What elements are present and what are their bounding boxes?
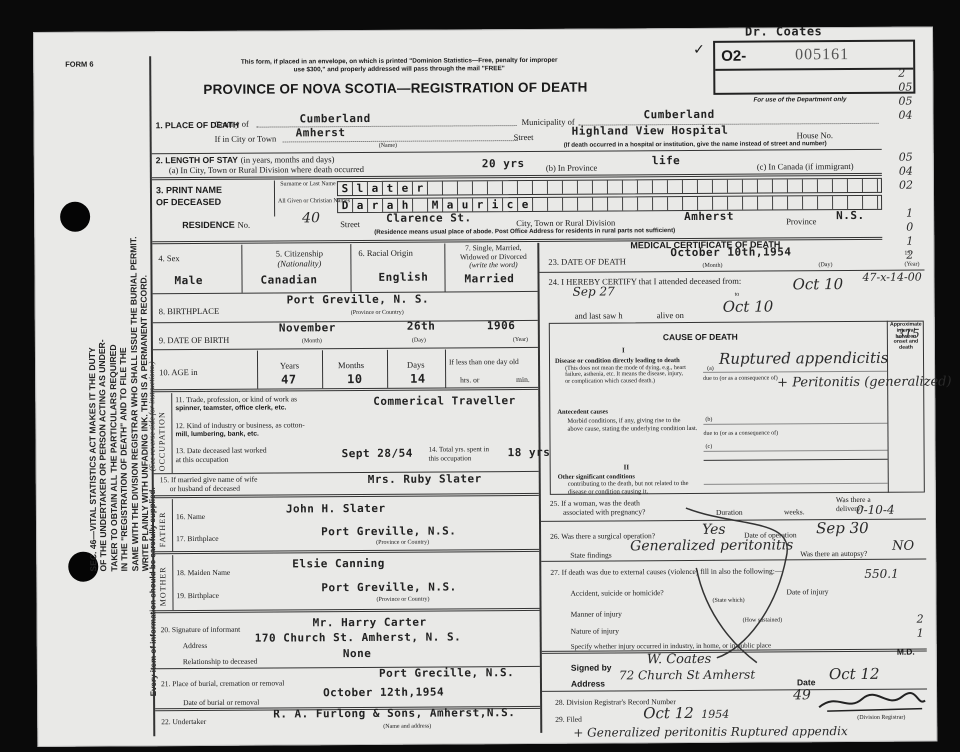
cause-a-extra: + Peritonitis (generalized) xyxy=(777,374,951,390)
trade-value: Commerical Traveller xyxy=(373,394,516,408)
name-char-box: c xyxy=(503,198,518,211)
birthplace-note: (Province or Country) xyxy=(351,310,404,316)
registrar-signature-icon xyxy=(817,687,927,718)
citizenship-sub: (Nationality) xyxy=(254,258,344,269)
name-char-box: a xyxy=(368,182,383,195)
registration-number: 005161 xyxy=(795,46,849,64)
divider xyxy=(322,350,323,388)
father-name-value: John H. Slater xyxy=(286,502,386,516)
surname-boxes: Slater xyxy=(337,178,882,196)
death-registration-form: FORM 6 SEC. 46—VITAL STATISTICS ACT MAKE… xyxy=(33,27,937,747)
months-label: Months xyxy=(338,360,364,370)
physician-address-label: Address xyxy=(571,679,605,689)
name-char-box xyxy=(548,198,563,211)
total-years-label-line: this occupation xyxy=(429,454,489,463)
name-char-box: i xyxy=(488,198,503,211)
informant-name: Mr. Harry Carter xyxy=(313,616,427,630)
margin-code: 05 xyxy=(899,151,913,165)
stay-city-value: 20 yrs xyxy=(482,157,525,170)
city-label: If in City or Town xyxy=(215,134,277,144)
signed-by-label: Signed by xyxy=(571,662,612,672)
name-char-box xyxy=(713,197,728,210)
part-one-label: I xyxy=(622,346,625,354)
total-years-label-line: 14. Total yrs. spent in xyxy=(429,445,489,454)
divider xyxy=(153,387,538,392)
citizenship-value: Canadian xyxy=(260,273,317,286)
pregnancy-label: 25. If a woman, was the death associated… xyxy=(550,498,646,517)
divider xyxy=(171,393,172,473)
margin-code: 05 xyxy=(898,95,912,109)
industry-label-line: mill, lumbering, bank, etc. xyxy=(175,430,304,439)
mother-birthplace-note: (Province or Country) xyxy=(376,597,429,603)
municipality-label: Municipality of xyxy=(522,117,575,127)
mother-maiden-label: 18. Maiden Name xyxy=(176,568,230,577)
industry-label-line: 12. Kind of industry or business, as cot… xyxy=(175,421,304,430)
given-names-label: All Given or Christian Names xyxy=(278,198,338,205)
stay-canada-label: (c) In Canada (if immigrant) xyxy=(757,161,854,172)
residence-no-label: No. xyxy=(238,220,251,230)
racial-origin-value: English xyxy=(378,271,428,284)
name-char-box xyxy=(833,196,848,209)
form-title: PROVINCE OF NOVA SCOTIA—REGISTRATION OF … xyxy=(203,80,587,97)
divider xyxy=(350,244,351,292)
hrs-label: hrs. or xyxy=(460,375,479,384)
print-name-label-line: OF DECEASED xyxy=(156,196,222,208)
spouse-label: 15. If married give name of wife or husb… xyxy=(160,475,258,494)
citizenship-label-text: 5. Citizenship xyxy=(254,248,344,259)
name-char-box: D xyxy=(338,199,353,212)
date-of-death-value: October 10th,1954 xyxy=(670,245,791,259)
divider xyxy=(444,243,445,291)
divider xyxy=(274,181,275,217)
margin-codes-mid: 05 04 02 xyxy=(899,151,913,193)
stay-province-value: life xyxy=(652,154,681,167)
less-than-day-label: If less than one day old xyxy=(449,357,519,366)
residence-street-value: Clarence St. xyxy=(386,211,472,225)
undertaker-note: (Name and address) xyxy=(383,724,431,730)
last-worked-label: 13. Date deceased last worked at this oc… xyxy=(176,447,267,465)
street-value: Highland View Hospital xyxy=(572,124,729,138)
name-char-box xyxy=(608,197,623,210)
last-worked-label-line: at this occupation xyxy=(176,455,267,464)
marital-value: Married xyxy=(464,272,514,285)
department-registration-box: O2- 005161 xyxy=(713,40,915,95)
name-char-box xyxy=(683,197,698,210)
name-char-box xyxy=(488,181,503,194)
name-note: (Name) xyxy=(379,143,397,149)
margin-codes-top: 2 05 05 04 xyxy=(898,67,912,123)
department-note: For use of the Department only xyxy=(753,96,846,104)
name-char-box: t xyxy=(383,182,398,195)
name-char-box xyxy=(863,179,878,192)
findings-label: State findings xyxy=(570,550,612,559)
burial-place-label: 21. Place of burial, cremation or remova… xyxy=(161,678,284,688)
name-char-box xyxy=(863,196,878,209)
age-label: 10. AGE in xyxy=(159,367,198,377)
county-value: Cumberland xyxy=(299,112,370,125)
last-worked-value: Sept 28/54 xyxy=(342,447,413,460)
informant-label: 20. Signature of informant xyxy=(161,625,241,634)
due-to-label: due to (or as a consequence of) xyxy=(703,375,778,381)
father-birthplace-note: (Province or Country) xyxy=(376,540,429,546)
attended-from: Sep 27 xyxy=(573,284,615,298)
cause-b-label: (b) xyxy=(705,417,712,423)
margin-code: 2 xyxy=(898,67,912,81)
cause-c-label: (c) xyxy=(706,444,713,450)
name-char-box xyxy=(803,196,818,209)
name-char-box xyxy=(533,198,548,211)
mother-birthplace-value: Port Greville, N.S. xyxy=(321,580,456,594)
hospital-note: (If death occurred in a hospital or inst… xyxy=(564,140,827,149)
cause-a-value: Ruptured appendicitis xyxy=(719,349,889,368)
spouse-label-line: or husband of deceased xyxy=(160,484,258,494)
name-char-box xyxy=(818,196,833,209)
margin-code: 04 xyxy=(898,109,912,123)
registration-prefix: O2- xyxy=(721,48,746,65)
name-char-box xyxy=(728,197,743,210)
mother-birthplace-label: 19. Birthplace xyxy=(176,591,219,600)
mother-maiden-value: Elsie Canning xyxy=(292,557,385,571)
name-char-box xyxy=(698,180,713,193)
residence-city-value: Amherst xyxy=(684,210,734,223)
burial-place-value: Port Grecille, N.S. xyxy=(379,666,514,680)
name-char-box xyxy=(608,180,623,193)
dob-month: November xyxy=(279,321,336,334)
name-char-box xyxy=(593,180,608,193)
date-of-death-label: 23. DATE OF DEATH xyxy=(548,256,626,266)
margin-code: 2 xyxy=(906,249,913,263)
racial-origin-label: 6. Racial Origin xyxy=(358,248,413,258)
part-two-label: II xyxy=(624,463,630,471)
divider xyxy=(172,499,173,551)
accident-label: Accident, suicide or homicide? xyxy=(570,588,663,598)
record-number-value: 49 xyxy=(793,687,811,703)
direct-cause-note: (This does not mean the mode of dying, e… xyxy=(565,365,689,385)
undertaker-value: R. A. Furlong & Sons, Amherst,N.S. xyxy=(273,706,515,720)
name-char-box xyxy=(428,181,443,194)
residence-province-label: Province xyxy=(786,216,816,226)
burial-date-label: Date of burial or removal xyxy=(183,698,259,707)
punch-hole xyxy=(60,202,90,232)
name-char-box xyxy=(788,179,803,192)
place-of-death-label: 1. PLACE OF DEATH xyxy=(156,121,206,131)
name-char-box xyxy=(563,181,578,194)
house-label: House No. xyxy=(797,130,833,140)
operation-date-value: Sep 30 xyxy=(816,519,869,537)
min-label: min. xyxy=(516,375,530,384)
pregnancy-label-line: associated with pregnancy? xyxy=(550,507,646,517)
sex-label: 4. Sex xyxy=(158,253,179,263)
divider xyxy=(172,555,173,610)
name-char-box xyxy=(758,196,773,209)
divider xyxy=(154,493,539,498)
name-char-box xyxy=(773,179,788,192)
name-char-box xyxy=(683,180,698,193)
name-char-box xyxy=(623,197,638,210)
form-number: FORM 6 xyxy=(65,60,93,69)
mother-section-label: MOTHER xyxy=(158,566,167,606)
margin-code: 04 xyxy=(899,165,913,179)
name-char-box: r xyxy=(473,198,488,211)
divider xyxy=(257,351,258,389)
dob-year: 1906 xyxy=(487,319,516,332)
physician-address-value: 72 Church St Amherst xyxy=(619,668,755,683)
trade-label: 11. Trade, profession, or kind of work a… xyxy=(175,395,297,413)
name-char-box xyxy=(458,181,473,194)
relationship-value: None xyxy=(343,647,372,660)
registration-number-row: O2- 005161 xyxy=(715,42,913,71)
father-section-label: FATHER xyxy=(158,512,167,548)
father-birthplace-label: 17. Birthplace xyxy=(176,534,219,543)
last-saw-label: and last saw h xyxy=(575,310,623,320)
last-saw-date: Oct 10 xyxy=(723,297,774,315)
alive-on-label: alive on xyxy=(657,310,684,320)
filed-year: 1954 xyxy=(701,708,729,721)
cause-of-death-title: CAUSE OF DEATH xyxy=(663,332,738,342)
divider xyxy=(387,350,388,388)
residence-street-label: Street xyxy=(340,219,360,229)
total-years-value: 18 yrs xyxy=(508,446,551,459)
father-name-label: 16. Name xyxy=(176,512,205,521)
city-value: Amherst xyxy=(296,126,346,139)
divider xyxy=(153,320,538,323)
marital-sub: (write the word) xyxy=(450,261,536,270)
birthplace-label: 8. BIRTHPLACE xyxy=(159,306,219,316)
name-char-box: M xyxy=(428,198,443,211)
day-note: (Day) xyxy=(412,338,426,344)
stay-province-label: (b) In Province xyxy=(546,163,598,173)
antecedent-note: Morbid conditions, if any, giving rise t… xyxy=(567,417,697,434)
margin-codes-lower: 1 0 1 2 xyxy=(906,207,913,263)
print-name-label-line: 3. PRINT NAME xyxy=(156,184,222,196)
name-char-box: a xyxy=(383,199,398,212)
residence-note: (Residence means usual place of abode. P… xyxy=(374,227,675,236)
industry-label: 12. Kind of industry or business, as cot… xyxy=(175,421,304,439)
md-label: M.D. xyxy=(897,647,915,657)
month-note: (Month) xyxy=(302,338,322,344)
margin-code: 1 xyxy=(906,207,913,221)
name-char-box: r xyxy=(368,199,383,212)
trade-label-line: 11. Trade, profession, or kind of work a… xyxy=(175,395,297,404)
manner-label: Manner of injury xyxy=(571,609,622,618)
name-char-box xyxy=(773,196,788,209)
statute-notice: SEC. 46—VITAL STATISTICS ACT MAKES IT TH… xyxy=(86,236,150,571)
name-char-box xyxy=(668,197,683,210)
direct-cause-label: Disease or condition directly leading to… xyxy=(555,357,680,365)
name-char-box xyxy=(593,197,608,210)
age-years: 47 xyxy=(281,372,297,386)
filed-label: 29. Filed xyxy=(555,715,582,724)
name-char-box: u xyxy=(458,198,473,211)
father-birthplace-value: Port Greville, N.S. xyxy=(321,524,456,538)
county-label: County of xyxy=(215,119,249,129)
name-char-box xyxy=(833,179,848,192)
stay-city-label: (a) In City, Town or Rural Division wher… xyxy=(169,164,364,175)
dod-day-note: (Day) xyxy=(818,262,832,268)
total-years-label: 14. Total yrs. spent in this occupation xyxy=(429,445,490,462)
street-label: Street xyxy=(514,132,534,142)
name-char-box xyxy=(623,180,638,193)
name-char-box xyxy=(533,181,548,194)
signature-date-label: Date xyxy=(797,677,815,687)
citizenship-label: 5. Citizenship (Nationality) xyxy=(254,248,344,269)
filed-date: Oct 12 xyxy=(643,704,694,722)
name-char-box: h xyxy=(398,199,413,212)
name-char-box: S xyxy=(338,182,353,195)
divider xyxy=(153,347,538,350)
name-char-box xyxy=(563,198,578,211)
name-char-box xyxy=(653,197,668,210)
check-mark: ✓ xyxy=(693,42,705,58)
marital-label-text: 7. Single, Married, Widowed or Divorced xyxy=(450,244,536,262)
residence-label: RESIDENCE No. xyxy=(182,220,250,231)
year-note: (Year) xyxy=(513,337,528,343)
margin-code: 2 xyxy=(917,613,924,627)
sex-value: Male xyxy=(174,274,203,287)
name-char-box xyxy=(578,198,593,211)
city-line xyxy=(283,140,518,142)
margin-code: 02 xyxy=(899,179,913,193)
divider xyxy=(152,149,882,154)
burial-date-value: October 12th,1954 xyxy=(323,686,444,700)
nature-label: Nature of injury xyxy=(571,626,619,635)
name-char-box xyxy=(848,179,863,192)
name-char-box: e xyxy=(518,198,533,211)
margin-code-315: 315 xyxy=(897,327,920,341)
spouse-value: Mrs. Ruby Slater xyxy=(368,472,482,486)
print-name-label: 3. PRINT NAME OF DECEASED xyxy=(156,184,222,208)
given-names-boxes: DarahMaurice xyxy=(337,195,882,213)
residence-city-label: City, Town or Rural Division xyxy=(516,217,615,228)
name-char-box xyxy=(638,197,653,210)
years-label: Years xyxy=(280,360,299,370)
due-to-label-b: due to (or as a consequence of) xyxy=(703,430,778,436)
age-days: 14 xyxy=(410,372,426,386)
dob-label: 9. DATE OF BIRTH xyxy=(159,335,229,345)
margin-code: 1 xyxy=(906,235,913,249)
occupation-section-label: OCCUPATION xyxy=(157,411,166,471)
attended-to: Oct 10 xyxy=(793,275,844,293)
name-char-box: r xyxy=(413,182,428,195)
name-char-box: a xyxy=(353,199,368,212)
residence-title: RESIDENCE xyxy=(182,220,235,230)
dob-day: 26th xyxy=(407,320,436,333)
surname-label: Surname or Last Name xyxy=(280,181,336,188)
autopsy-value: NO xyxy=(892,539,914,554)
name-char-box xyxy=(413,199,428,212)
name-char-box xyxy=(638,180,653,193)
name-char-box xyxy=(818,179,833,192)
informant-address-label: Address xyxy=(183,641,208,650)
length-of-stay-sub: (in years, months and days) xyxy=(241,154,335,165)
name-char-box xyxy=(803,179,818,192)
margin-code: 05 xyxy=(898,81,912,95)
pen-stroke-icon xyxy=(676,497,817,668)
margin-code-550: 550.1 xyxy=(864,567,898,581)
residence-province-value: N.S. xyxy=(836,209,865,222)
marital-label: 7. Single, Married, Widowed or Divorced … xyxy=(450,244,536,270)
age-months: 10 xyxy=(347,372,363,386)
name-char-box: l xyxy=(353,182,368,195)
divider xyxy=(154,549,539,554)
name-char-box xyxy=(848,196,863,209)
name-char-box xyxy=(728,180,743,193)
name-char-box xyxy=(653,180,668,193)
margin-code: 0 xyxy=(906,221,913,235)
age-code: 47-x-14-00 xyxy=(862,271,921,284)
bottom-annotation: + Generalized peritonitis Ruptured appen… xyxy=(573,724,848,740)
municipality-value: Cumberland xyxy=(643,108,714,121)
days-label: Days xyxy=(407,360,425,370)
name-char-box xyxy=(443,181,458,194)
divider xyxy=(155,608,540,613)
name-char-box xyxy=(698,197,713,210)
name-char-box xyxy=(743,180,758,193)
delivery-code: 0-10-4 xyxy=(856,503,895,517)
divider xyxy=(445,349,446,387)
name-char-box xyxy=(788,196,803,209)
margin-code: 1 xyxy=(917,627,924,641)
name-char-box xyxy=(548,181,563,194)
antecedent-label: Antecedent causes xyxy=(557,408,608,415)
informant-address: 170 Church St. Amherst, N. S. xyxy=(255,630,462,644)
name-char-box xyxy=(758,179,773,192)
name-char-box xyxy=(668,180,683,193)
spouse-label-line: 15. If married give name of wife xyxy=(160,475,258,485)
physician-stamp: Dr. Coates xyxy=(745,24,822,38)
name-char-box xyxy=(518,181,533,194)
name-char-box xyxy=(713,180,728,193)
dod-month-note: (Month) xyxy=(702,263,722,269)
relationship-label: Relationship to deceased xyxy=(183,657,258,666)
margin-codes-bottom: 2 1 xyxy=(917,613,924,641)
trade-label-line: spinner, teamster, office clerk, etc. xyxy=(175,404,297,413)
name-char-box xyxy=(743,197,758,210)
other-conditions-note: contributing to the death, but not relat… xyxy=(568,480,698,496)
divider xyxy=(241,245,242,293)
name-char-box: e xyxy=(398,182,413,195)
name-char-box xyxy=(578,181,593,194)
column-divider xyxy=(537,243,542,733)
name-char-box xyxy=(503,181,518,194)
signature-date-value: Oct 12 xyxy=(829,665,880,683)
residence-number: 40 xyxy=(302,210,320,226)
length-of-stay-title: 2. LENGTH OF STAY xyxy=(156,155,238,166)
undertaker-label: 22. Undertaker xyxy=(161,717,206,726)
birthplace-value: Port Greville, N. S. xyxy=(287,293,430,307)
name-char-box xyxy=(473,181,488,194)
mail-notice: This form, if placed in an envelope, on … xyxy=(219,57,579,75)
name-char-box: a xyxy=(443,198,458,211)
